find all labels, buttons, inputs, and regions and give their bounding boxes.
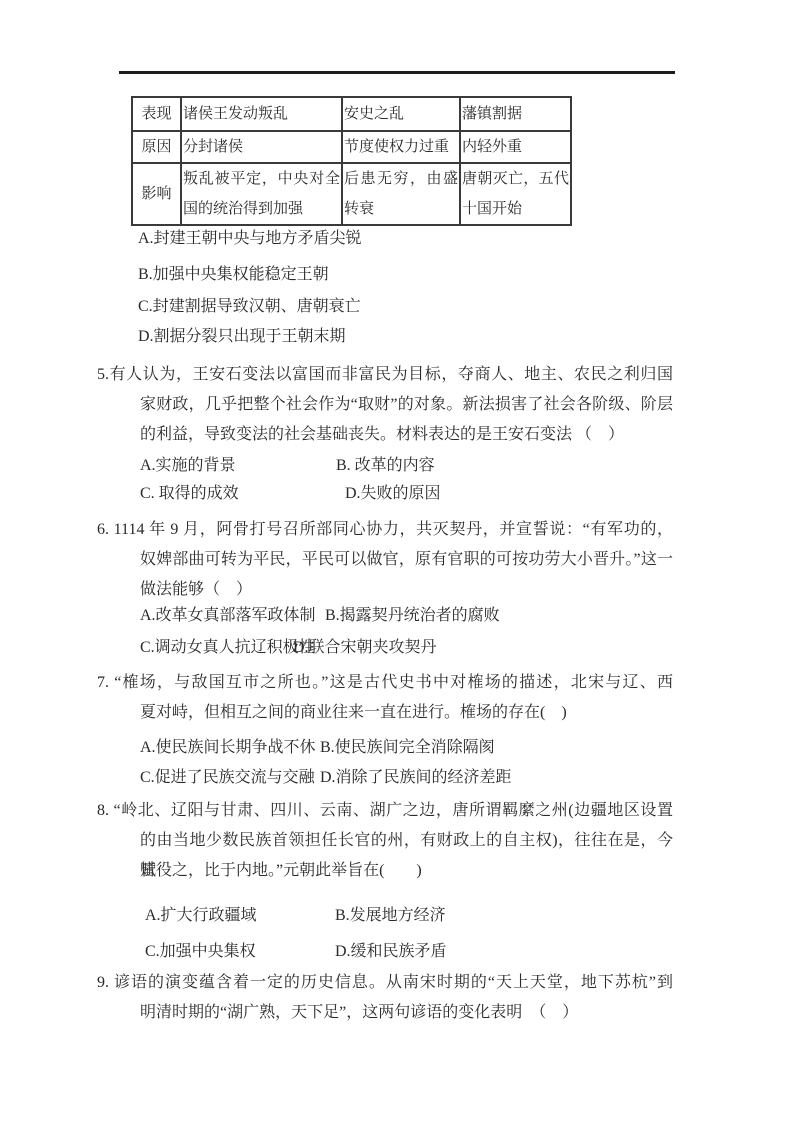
option-c: C.促进了民族交流与交融 [140, 763, 320, 793]
option-row: C.加强中央集权D.缓和民族矛盾 [97, 934, 447, 970]
question-line: 的利益，导致变法的社会基础丧失。材料表达的是王安石变法 （ ） [97, 420, 677, 450]
option-d: D.失败的原因 [345, 480, 441, 508]
table-cell: 安史之乱 [342, 97, 460, 131]
question-line: 奴婢部曲可转为平民，平民可以做官，原有官职的可按功劳大小晋升。”这一 [97, 545, 673, 575]
option-d: D.联合宋朝夹攻契丹 [293, 632, 437, 664]
option-b: B.揭露契丹统治者的腐败 [325, 600, 500, 632]
option-c: C.调动女真人抗辽积极性 [140, 632, 293, 664]
option-row: C. 取得的成效D.失败的原因 [97, 480, 441, 508]
question-line: 赋役之，比于内地。”元朝此举旨在( ) [97, 856, 677, 886]
table-cell: 节度使权力过重 [342, 131, 460, 163]
option-c: C.封建割据导致汉朝、唐朝衰亡 [138, 292, 362, 322]
exam-page: 表现 诸侯王发动叛乱 安史之乱 藩镇割据 原因 分封诸侯 节度使权力过重 内轻外… [0, 0, 793, 1122]
question-6-options: A.改革女真部落军政体制B.揭露契丹统治者的腐败 C.调动女真人抗辽积极性D.联… [97, 600, 500, 664]
option-row: C.促进了民族交流与交融D.消除了民族间的经济差距 [97, 763, 512, 793]
option-a: A.使民族间长期争战不休 [140, 733, 320, 763]
question-7-options: A.使民族间长期争战不休B.使民族间完全消除隔阂 C.促进了民族交流与交融D.消… [97, 733, 512, 793]
option-row: C.调动女真人抗辽积极性D.联合宋朝夹攻契丹 [97, 632, 500, 664]
table-row-yingxiang: 影响 叛乱被平定，中央对全国的统治得到加强 后患无穷，由盛转衰 唐朝灭亡，五代十… [132, 163, 571, 225]
question-line: 的由当地少数民族首领担任长官的州，有财政上的自主权)，往往在是，今皆 [97, 826, 673, 856]
option-row: A.实施的背景B. 改革的内容 [97, 452, 441, 480]
table-cell: 藩镇割据 [460, 97, 571, 131]
option-d: D.消除了民族间的经济差距 [320, 763, 512, 793]
header-rule [119, 71, 675, 74]
table-cell: 诸侯王发动叛乱 [181, 97, 342, 131]
table-row-biaoxian: 表现 诸侯王发动叛乱 安史之乱 藩镇割据 [132, 97, 571, 131]
question-line: 家财政，几乎把整个社会作为“取财”的对象。新法损害了社会各阶级、阶层 [97, 390, 673, 420]
table-cell: 内轻外重 [460, 131, 571, 163]
question-8: 8. “岭北、辽阳与甘肃、四川、云南、湖广之边，唐所谓羁縻之州(边疆地区设置 的… [97, 796, 677, 886]
option-d: D.割据分裂只出现于王朝末期 [138, 322, 362, 352]
option-b: B.加强中央集权能稳定王朝 [138, 260, 362, 290]
question-line: 夏对峙，但相互之间的商业往来一直在进行。榷场的存在( ) [97, 698, 677, 728]
question-7: 7. “榷场，与敌国互市之所也。”这是古代史书中对榷场的描述，北宋与辽、西 夏对… [97, 668, 677, 728]
table-cell: 后患无穷，由盛转衰 [342, 163, 460, 225]
question-line: 7. “榷场，与敌国互市之所也。”这是古代史书中对榷场的描述，北宋与辽、西 [97, 668, 673, 698]
row-label: 影响 [132, 163, 181, 225]
question-line: 9. 谚语的演变蕴含着一定的历史信息。从南宋时期的“天上天堂，地下苏杭”到 [97, 968, 673, 998]
table-cell: 唐朝灭亡，五代十国开始 [460, 163, 571, 225]
question-line: 明清时期的“湖广熟，天下足”，这两句谚语的变化表明 （ ） [97, 998, 677, 1028]
option-d: D.缓和民族矛盾 [335, 934, 447, 970]
option-b: B.发展地方经济 [335, 898, 446, 934]
table-cell: 分封诸侯 [181, 131, 342, 163]
option-row: A.使民族间长期争战不休B.使民族间完全消除隔阂 [97, 733, 512, 763]
option-c: C.加强中央集权 [145, 934, 335, 970]
row-label: 表现 [132, 97, 181, 131]
question-line: 5.有人认为，王安石变法以富国而非富民为目标，夺商人、地主、农民之利归国 [97, 360, 673, 390]
option-a: A.改革女真部落军政体制 [140, 600, 325, 632]
comparison-table: 表现 诸侯王发动叛乱 安史之乱 藩镇割据 原因 分封诸侯 节度使权力过重 内轻外… [131, 96, 572, 226]
table-row-yuanyin: 原因 分封诸侯 节度使权力过重 内轻外重 [132, 131, 571, 163]
option-b: B. 改革的内容 [336, 452, 435, 480]
question-5: 5.有人认为，王安石变法以富国而非富民为目标，夺商人、地主、农民之利归国 家财政… [97, 360, 677, 450]
option-c: C. 取得的成效 [140, 480, 345, 508]
option-row: A.改革女真部落军政体制B.揭露契丹统治者的腐败 [97, 600, 500, 632]
question-8-options: A.扩大行政疆域B.发展地方经济 C.加强中央集权D.缓和民族矛盾 [97, 898, 447, 970]
question-5-options: A.实施的背景B. 改革的内容 C. 取得的成效D.失败的原因 [97, 452, 441, 508]
option-a: A.扩大行政疆域 [145, 898, 335, 934]
question-4-options: A.封建王朝中央与地方矛盾尖锐 B.加强中央集权能稳定王朝 C.封建割据导致汉朝… [138, 224, 362, 352]
table-cell: 叛乱被平定，中央对全国的统治得到加强 [181, 163, 342, 225]
question-9: 9. 谚语的演变蕴含着一定的历史信息。从南宋时期的“天上天堂，地下苏杭”到 明清… [97, 968, 677, 1028]
row-label: 原因 [132, 131, 181, 163]
question-line: 8. “岭北、辽阳与甘肃、四川、云南、湖广之边，唐所谓羁縻之州(边疆地区设置 [97, 796, 673, 826]
question-line: 6. 1114 年 9 月，阿骨打号召所部同心协力，共灭契丹，并宣誓说：“有军功… [97, 515, 673, 545]
question-6: 6. 1114 年 9 月，阿骨打号召所部同心协力，共灭契丹，并宣誓说：“有军功… [97, 515, 677, 605]
option-a: A.封建王朝中央与地方矛盾尖锐 [138, 224, 362, 254]
option-row: A.扩大行政疆域B.发展地方经济 [97, 898, 447, 934]
option-b: B.使民族间完全消除隔阂 [320, 733, 495, 763]
option-a: A.实施的背景 [140, 452, 336, 480]
